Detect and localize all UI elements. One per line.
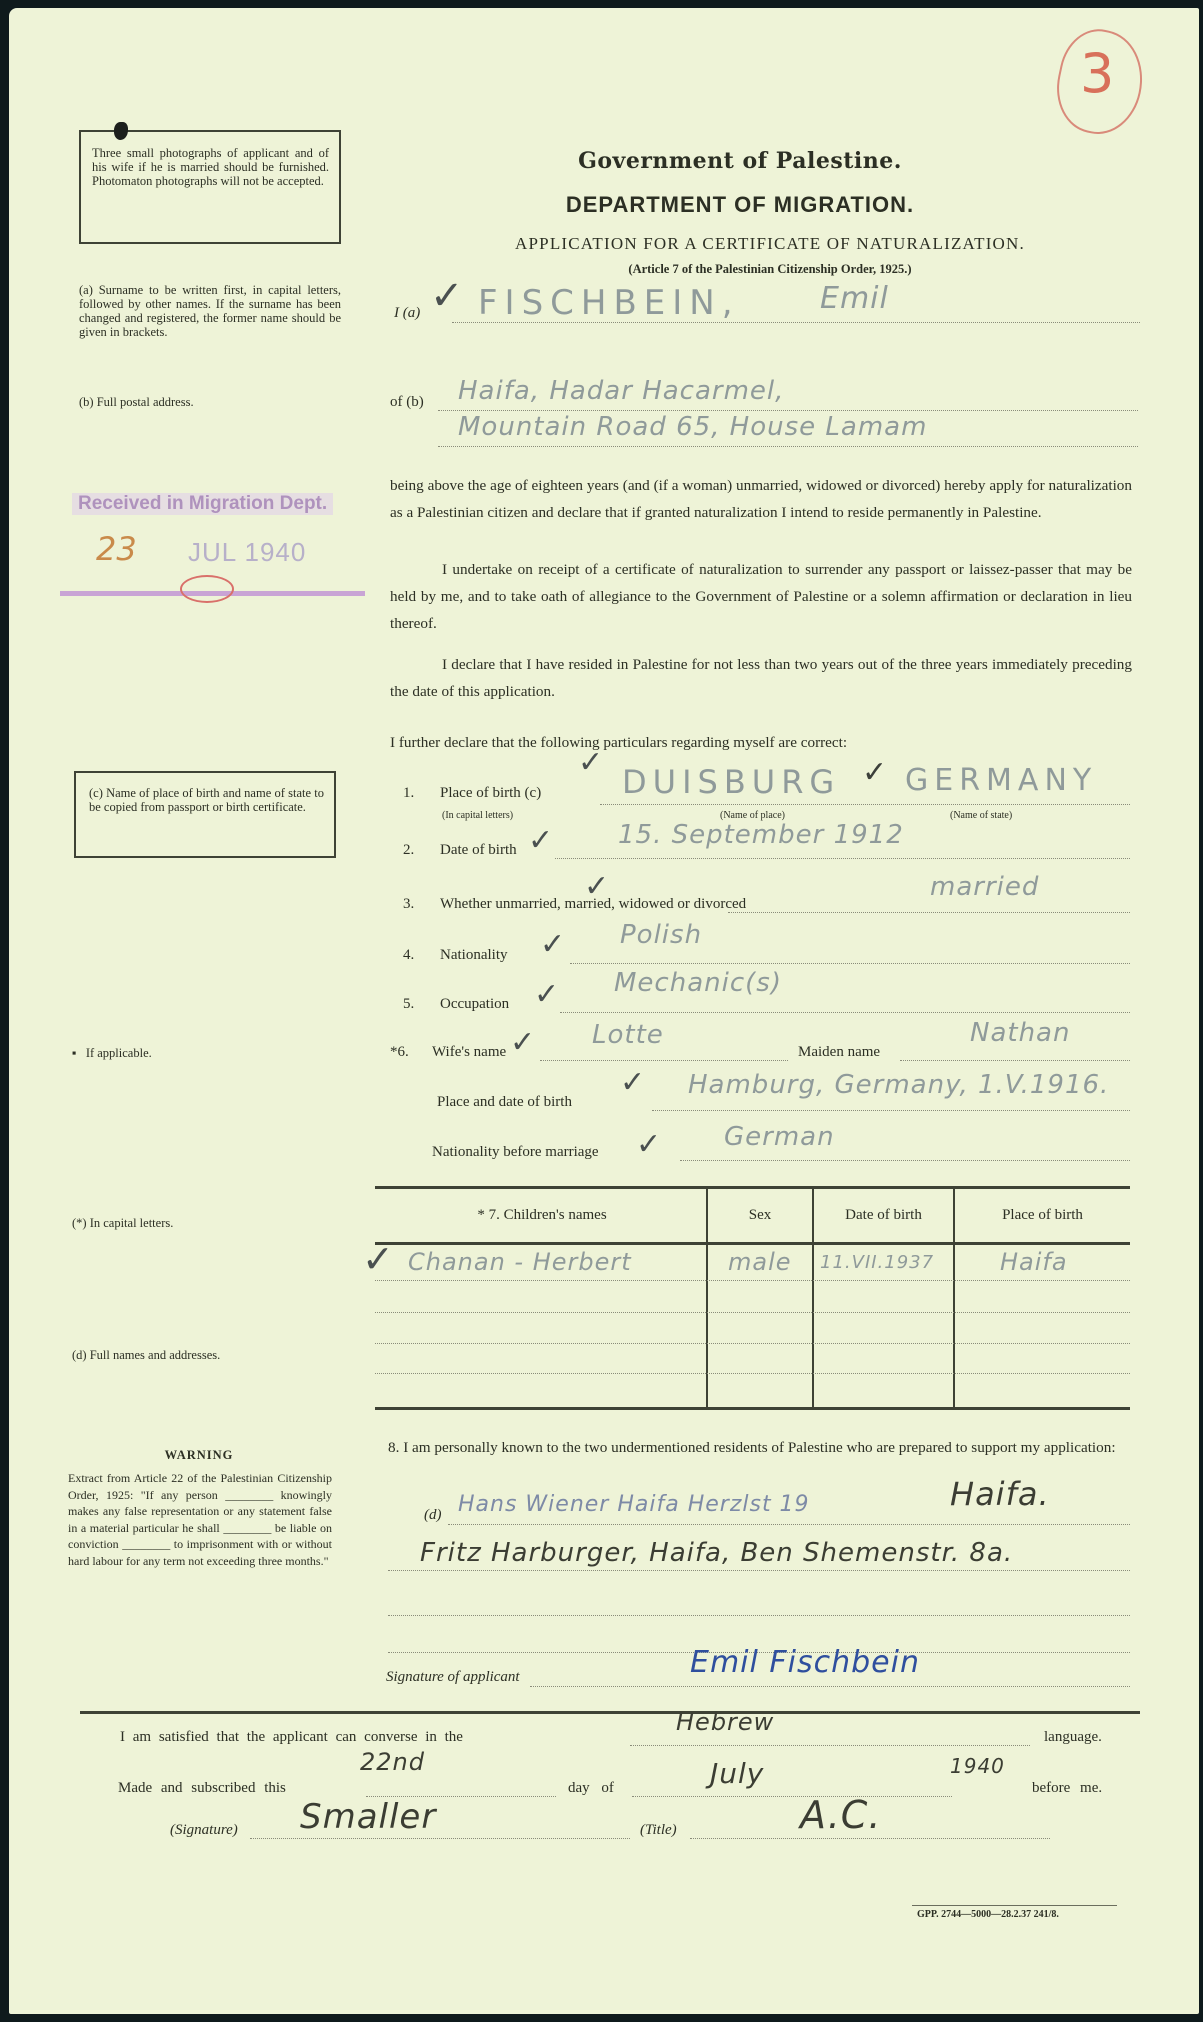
applicant-signature: Emil Fischbein — [690, 1648, 920, 1678]
note-b: (b) Full postal address. — [79, 395, 194, 409]
occupation-number: 5. — [403, 997, 414, 1012]
warning-text: Extract from Article 22 of the Palestini… — [68, 1470, 332, 1570]
reference-line-3 — [388, 1615, 1130, 1616]
satisfied-suffix: language. — [1044, 1730, 1102, 1745]
photo-instructions-box: Three small photographs of applicant and… — [79, 130, 341, 244]
day-of-label: day of — [568, 1781, 614, 1796]
wife-line — [540, 1060, 788, 1061]
label-of-b: of (b) — [390, 395, 424, 410]
table-row-line — [375, 1312, 1130, 1313]
table-header-place: Place of birth — [955, 1208, 1130, 1223]
month-line — [632, 1796, 952, 1797]
title-label: (Title) — [640, 1823, 677, 1838]
wife-nationality-label: Nationality before marriage — [432, 1145, 599, 1160]
marital-value: married — [930, 874, 1039, 900]
day-value: 22nd — [360, 1750, 425, 1774]
child-place: Haifa — [1000, 1250, 1068, 1274]
nationality-line — [570, 963, 1130, 964]
table-header-rule — [375, 1242, 1130, 1245]
made-prefix: Made and subscribed this — [118, 1781, 286, 1796]
wife-birth-line — [652, 1110, 1130, 1111]
wife-number: *6. — [390, 1045, 409, 1060]
stamp-line1: Received in Migration Dept. — [72, 493, 333, 515]
department-title: DEPARTMENT OF MIGRATION. — [380, 192, 1100, 218]
month-value: July — [710, 1760, 764, 1788]
reference-1-extra: Haifa. — [950, 1478, 1050, 1510]
official-title: A.C. — [800, 1796, 881, 1834]
checkmark-icon: ✓ — [362, 1240, 394, 1278]
signature-official-label: (Signature) — [170, 1823, 238, 1838]
occupation-value: Mechanic(s) — [614, 970, 782, 996]
wife-value: Lotte — [592, 1022, 664, 1048]
references-label: 8. I am personally known to the two unde… — [388, 1434, 1128, 1461]
table-header-names: * 7. Children's names — [378, 1208, 706, 1223]
application-title: APPLICATION FOR A CERTIFICATE OF NATURAL… — [440, 234, 1100, 254]
wife-nationality-line — [680, 1160, 1130, 1161]
table-bottom-rule — [375, 1407, 1130, 1410]
pob-state-value: GERMANY — [905, 766, 1097, 796]
wife-nationality-value: German — [724, 1124, 835, 1150]
if-applicable-note: ▪ If applicable. — [72, 1046, 152, 1060]
stamp-day: 23 — [96, 530, 137, 568]
official-signature: Smaller — [300, 1800, 436, 1834]
address-line-2 — [438, 446, 1138, 447]
photo-instructions-text: Three small photographs of applicant and… — [92, 146, 329, 188]
reference-d-label: (d) — [424, 1508, 442, 1523]
wife-birth-label: Place and date of birth — [437, 1095, 572, 1110]
surname-value: FISCHBEIN, — [478, 286, 740, 320]
eligibility-paragraph: being above the age of eighteen years (a… — [390, 472, 1132, 526]
nationality-value: Polish — [620, 922, 702, 948]
dob-number: 2. — [403, 843, 414, 858]
reference-1: Hans Wiener Haifa Herzlst 19 — [458, 1494, 810, 1516]
maiden-value: Nathan — [970, 1020, 1070, 1046]
government-title: Government of Palestine. — [380, 148, 1100, 174]
undertaking-paragraph: I undertake on receipt of a certificate … — [390, 556, 1132, 637]
checkmark-icon: ✓ — [528, 826, 553, 856]
reference-line-1 — [448, 1524, 1130, 1525]
page-number-value: 3 — [1080, 42, 1114, 105]
checkmark-icon: ✓ — [578, 748, 603, 778]
maiden-label: Maiden name — [798, 1045, 880, 1060]
table-header-sex: Sex — [708, 1208, 812, 1223]
wife-label: Wife's name — [432, 1045, 506, 1060]
signature-line — [530, 1686, 1130, 1687]
pob-state-caption: (Name of state) — [950, 810, 1012, 821]
maiden-line — [900, 1060, 1130, 1061]
checkmark-icon: ✓ — [540, 930, 565, 960]
address-value-1: Haifa, Hadar Hacarmel, — [458, 378, 784, 404]
language-line — [630, 1745, 1030, 1746]
note-d: (d) Full names and addresses. — [72, 1348, 220, 1362]
nationality-number: 4. — [403, 948, 414, 963]
marital-line — [728, 912, 1130, 913]
before-me: before me. — [1032, 1781, 1102, 1796]
checkmark-icon: ✓ — [534, 980, 559, 1010]
address-line-1 — [438, 410, 1138, 411]
satisfied-prefix: I am satisfied that the applicant can co… — [120, 1730, 463, 1745]
pob-sub: (In capital letters) — [442, 810, 513, 821]
warning-title: WARNING — [68, 1448, 330, 1462]
reference-2: Fritz Harburger, Haifa, Ben Shemenstr. 8… — [420, 1540, 1013, 1566]
capitals-note: (*) In capital letters. — [72, 1216, 173, 1230]
occupation-line — [560, 1012, 1130, 1013]
print-code: GPP. 2744—5000—28.2.37 241/8. — [917, 1909, 1059, 1920]
article-reference: (Article 7 of the Palestinian Citizenshi… — [440, 262, 1100, 277]
wife-birth-value: Hamburg, Germany, 1.V.1916. — [688, 1072, 1109, 1098]
child-dob: 11.VII.1937 — [820, 1254, 934, 1272]
particulars-intro: I further declare that the following par… — [390, 729, 1132, 756]
table-row-line — [375, 1280, 1130, 1281]
dob-line — [555, 858, 1130, 859]
place-of-birth-note-box: (c) Name of place of birth and name of s… — [74, 771, 336, 858]
pob-number: 1. — [403, 786, 414, 801]
table-header-dob: Date of birth — [814, 1208, 953, 1223]
child-name: Chanan - Herbert — [408, 1250, 632, 1274]
stamp-initial-mark — [180, 575, 234, 603]
pob-label: Place of birth (c) — [440, 786, 541, 801]
language-value: Hebrew — [676, 1710, 774, 1734]
received-stamp: Received in Migration Dept. 23 JUL 1940 — [60, 485, 370, 610]
nationality-label: Nationality — [440, 948, 508, 963]
signature-label: Signature of applicant — [386, 1670, 520, 1685]
checkmark-icon: ✓ — [430, 276, 464, 316]
checkmark-icon: ✓ — [636, 1130, 661, 1160]
table-top-rule — [375, 1186, 1130, 1189]
table-row-line — [375, 1373, 1130, 1374]
label-i-a: I (a) — [394, 306, 420, 321]
address-value-2: Mountain Road 65, House Lamam — [458, 414, 927, 440]
checkmark-icon: ✓ — [510, 1028, 535, 1058]
dob-label: Date of birth — [440, 843, 517, 858]
footer-rule — [912, 1905, 1117, 1906]
bullet: ▪ — [72, 1046, 86, 1060]
note-a: (a) Surname to be written first, in capi… — [79, 283, 341, 339]
certification-rule — [80, 1711, 1140, 1714]
pob-place-value: DUISBURG — [622, 766, 840, 798]
checkmark-icon: ✓ — [620, 1068, 645, 1098]
checkmark-icon: ✓ — [862, 758, 887, 788]
residence-paragraph: I declare that I have resided in Palesti… — [390, 651, 1132, 705]
checkmark-icon: ✓ — [584, 872, 609, 902]
marital-number: 3. — [403, 897, 414, 912]
reference-line-2 — [388, 1570, 1130, 1571]
year-value: 1940 — [950, 1756, 1005, 1776]
table-row-line — [375, 1343, 1130, 1344]
child-sex: male — [728, 1250, 792, 1274]
pob-line — [600, 804, 1130, 805]
if-applicable-text: If applicable. — [86, 1046, 152, 1060]
title-line — [690, 1838, 1050, 1839]
occupation-label: Occupation — [440, 997, 509, 1012]
given-name-value: Emil — [820, 284, 889, 314]
dob-value: 15. September 1912 — [618, 822, 904, 848]
stamp-date: JUL 1940 — [188, 537, 306, 568]
note-c: (c) Name of place of birth and name of s… — [89, 786, 324, 814]
official-signature-line — [250, 1838, 630, 1839]
